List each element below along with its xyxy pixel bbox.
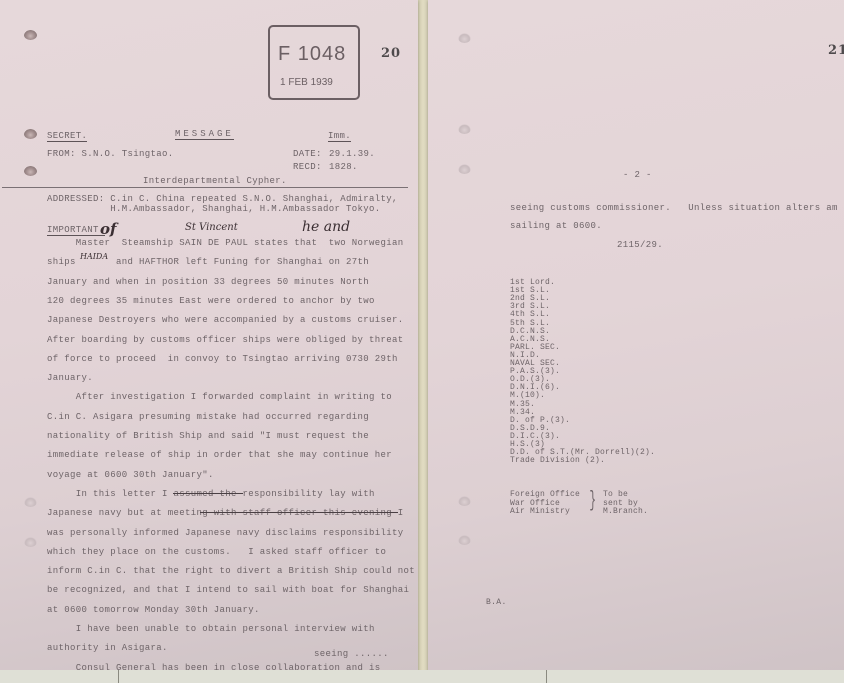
- punch-hole: [458, 535, 471, 545]
- distribution-item: Trade Division (2).: [510, 456, 605, 465]
- body-line: which they place on the customs. I asked…: [47, 547, 386, 557]
- addressed-line: H.M.Ambassador, Shanghai, H.M.Ambassador…: [47, 204, 381, 214]
- page-number: 21: [828, 43, 844, 58]
- typist-initials: B.A.: [486, 598, 507, 607]
- body-line: nationality of British Ship and said "I …: [47, 431, 369, 441]
- brace: }: [589, 488, 596, 514]
- continuation-line: sailing at 0600.: [510, 221, 602, 231]
- registry-stamp: F 1048 1 FEB 1939: [268, 25, 360, 100]
- punch-hole: [24, 129, 37, 139]
- punch-hole: [458, 496, 471, 506]
- body-line: After investigation I forwarded complain…: [47, 392, 392, 402]
- continuation-line: seeing customs commissioner. Unless situ…: [510, 203, 838, 213]
- stamp-file-ref: F 1048: [278, 43, 346, 66]
- document-type: MESSAGE: [175, 129, 234, 140]
- precedence: Imm.: [328, 131, 351, 142]
- body-line: ships and HAFTHOR left Funing for Shangh…: [47, 257, 369, 267]
- punch-hole: [458, 33, 471, 43]
- bottom-strip: [0, 670, 844, 683]
- time-reference: 2115/29.: [617, 240, 663, 250]
- page-number: 20: [381, 46, 401, 61]
- date-label: DATE:: [293, 149, 322, 159]
- handwritten-he-and: he and: [302, 219, 350, 235]
- date-value: 29.1.39.: [329, 149, 375, 159]
- body-line: 120 degrees 35 minutes East were ordered…: [47, 296, 375, 306]
- from-line: FROM: S.N.O. Tsingtao.: [47, 149, 174, 159]
- importance-heading: IMPORTANT.: [47, 225, 105, 236]
- punch-hole: [458, 164, 471, 174]
- body-line: Japanese navy but at meeting with staff …: [47, 508, 404, 518]
- left-page: F 1048 1 FEB 1939 20 SECRET. MESSAGE Imm…: [0, 0, 418, 672]
- distribution-note: M.Branch.: [603, 507, 648, 516]
- right-page: 21 - 2 - seeing customs commissioner. Un…: [428, 0, 844, 672]
- body-line: authority in Asigara.: [47, 643, 168, 653]
- body-line: was personally informed Japanese navy di…: [47, 528, 404, 538]
- divider-line: [2, 187, 408, 188]
- body-line: January.: [47, 373, 93, 383]
- punch-hole: [458, 124, 471, 134]
- punch-hole: [24, 537, 37, 547]
- body-line: be recognized, and that I intend to sail…: [47, 585, 409, 595]
- handwritten-of: of: [100, 220, 116, 238]
- received-label: RECD:: [293, 162, 322, 172]
- body-line: I have been unable to obtain personal in…: [47, 624, 375, 634]
- punch-hole: [24, 166, 37, 176]
- punch-hole: [24, 30, 37, 40]
- catchword: seeing ......: [314, 649, 389, 659]
- body-line: voyage at 0600 30th January".: [47, 470, 214, 480]
- addressed-line: ADDRESSED: C.in C. China repeated S.N.O.…: [47, 194, 398, 204]
- body-line: immediate release of ship in order that …: [47, 450, 392, 460]
- page-marker: - 2 -: [623, 170, 652, 180]
- classification: SECRET.: [47, 131, 87, 142]
- body-line: Japanese Destroyers who were accompanied…: [47, 315, 404, 325]
- body-line: inform C.in C. that the right to divert …: [47, 566, 415, 576]
- punch-hole: [24, 497, 37, 507]
- received-value: 1828.: [329, 162, 358, 172]
- cypher-line: Interdepartmental Cypher.: [143, 176, 287, 186]
- external-recipient: Air Ministry: [510, 507, 570, 516]
- stamp-date: 1 FEB 1939: [280, 77, 333, 88]
- body-line: Master Steamship SAIN DE PAUL states tha…: [47, 238, 404, 248]
- body-line: at 0600 tomorrow Monday 30th January.: [47, 605, 260, 615]
- body-line: After boarding by customs officer ships …: [47, 335, 404, 345]
- handwritten-st-vincent: St Vincent: [185, 222, 238, 233]
- body-line: of force to proceed in convoy to Tsingta…: [47, 354, 398, 364]
- body-line: C.in C. Asigara presuming mistake had oc…: [47, 412, 369, 422]
- body-line: January and when in position 33 degrees …: [47, 277, 369, 287]
